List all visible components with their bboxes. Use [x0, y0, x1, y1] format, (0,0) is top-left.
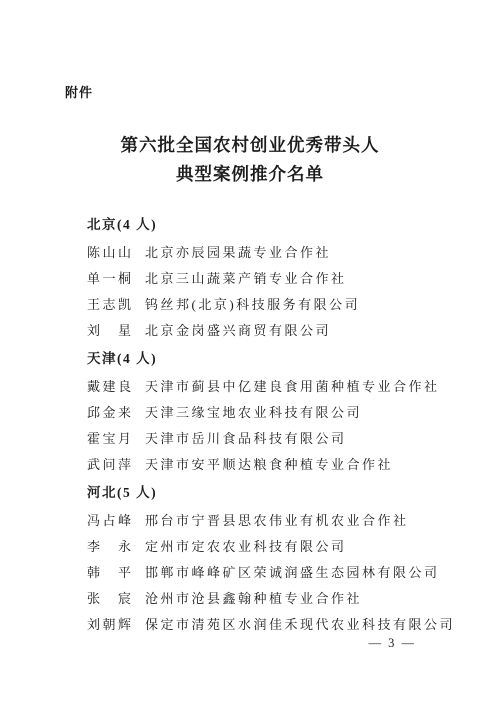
person-name: 霍宝月	[87, 426, 145, 452]
organization-name: 邢台市宁晋县思农伟业有机农业合作社	[145, 508, 470, 534]
page-number: — 3 —	[369, 636, 417, 651]
list-item: 张 宸沧州市沧县鑫翰种植专业合作社	[87, 586, 470, 612]
organization-name: 北京金岗盛兴商贸有限公司	[145, 318, 470, 344]
person-name: 单一桐	[87, 266, 145, 292]
person-name: 韩 平	[87, 560, 145, 586]
organization-name: 钨丝邦(北京)科技服务有限公司	[145, 292, 470, 318]
title-line-2: 典型案例推介名单	[0, 160, 500, 189]
person-name: 刘朝辉	[87, 612, 145, 638]
list-item: 陈山山北京亦辰园果蔬专业合作社	[87, 240, 470, 266]
organization-name: 北京三山蔬菜产销专业合作社	[145, 266, 470, 292]
title-line-1: 第六批全国农村创业优秀带头人	[0, 131, 500, 160]
organization-name: 沧州市沧县鑫翰种植专业合作社	[145, 586, 470, 612]
person-name: 邱金来	[87, 400, 145, 426]
document-page: 附件 第六批全国农村创业优秀带头人 典型案例推介名单 北京(4 人)陈山山北京亦…	[0, 0, 500, 707]
person-name: 戴建良	[87, 374, 145, 400]
organization-name: 天津市岳川食品科技有限公司	[145, 426, 470, 452]
person-name: 武问萍	[87, 452, 145, 478]
person-name: 李 永	[87, 534, 145, 560]
organization-name: 天津市安平顺达粮食种植专业合作社	[145, 452, 470, 478]
organization-name: 定州市定农农业科技有限公司	[145, 534, 470, 560]
person-name: 刘 星	[87, 318, 145, 344]
organization-name: 天津市蓟县中亿建良食用菌种植专业合作社	[145, 374, 470, 400]
section-header: 河北(5 人)	[87, 480, 470, 506]
list-item: 刘朝辉保定市清苑区水润佳禾现代农业科技有限公司	[87, 612, 470, 638]
list-item: 冯占峰邢台市宁晋县思农伟业有机农业合作社	[87, 508, 470, 534]
list-item: 戴建良天津市蓟县中亿建良食用菌种植专业合作社	[87, 374, 470, 400]
person-name: 张 宸	[87, 586, 145, 612]
sections-list: 北京(4 人)陈山山北京亦辰园果蔬专业合作社单一桐北京三山蔬菜产销专业合作社王志…	[87, 210, 470, 638]
organization-name: 保定市清苑区水润佳禾现代农业科技有限公司	[145, 612, 470, 638]
organization-name: 天津三缘宝地农业科技有限公司	[145, 400, 470, 426]
list-item: 武问萍天津市安平顺达粮食种植专业合作社	[87, 452, 470, 478]
list-item: 霍宝月天津市岳川食品科技有限公司	[87, 426, 470, 452]
person-name: 冯占峰	[87, 508, 145, 534]
list-item: 邱金来天津三缘宝地农业科技有限公司	[87, 400, 470, 426]
list-item: 单一桐北京三山蔬菜产销专业合作社	[87, 266, 470, 292]
list-item: 李 永定州市定农农业科技有限公司	[87, 534, 470, 560]
section-header: 北京(4 人)	[87, 212, 470, 238]
organization-name: 北京亦辰园果蔬专业合作社	[145, 240, 470, 266]
document-title: 第六批全国农村创业优秀带头人 典型案例推介名单	[0, 131, 500, 189]
list-item: 刘 星北京金岗盛兴商贸有限公司	[87, 318, 470, 344]
attachment-label: 附件	[65, 82, 93, 101]
list-item: 韩 平邯郸市峰峰矿区荣诚润盛生态园林有限公司	[87, 560, 470, 586]
organization-name: 邯郸市峰峰矿区荣诚润盛生态园林有限公司	[145, 560, 470, 586]
person-name: 王志凯	[87, 292, 145, 318]
section-header: 天津(4 人)	[87, 346, 470, 372]
list-item: 王志凯钨丝邦(北京)科技服务有限公司	[87, 292, 470, 318]
person-name: 陈山山	[87, 240, 145, 266]
